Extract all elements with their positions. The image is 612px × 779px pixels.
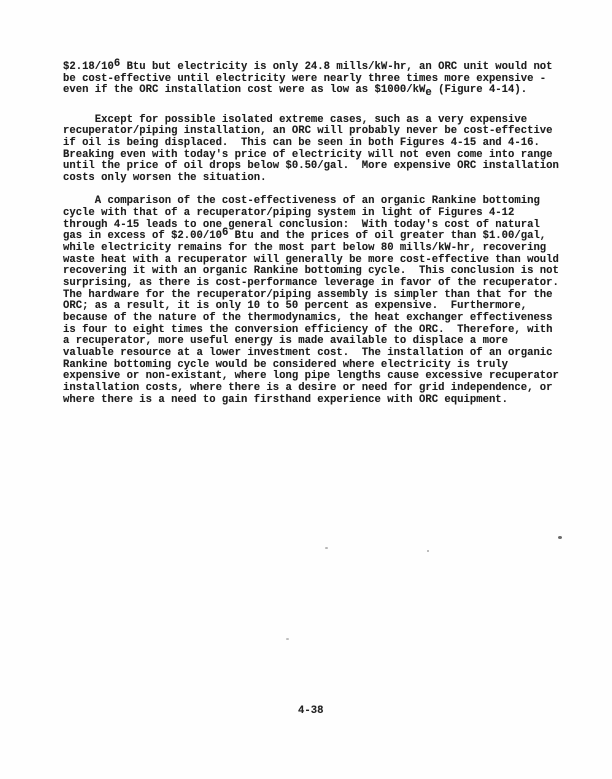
page-number: 4-38 bbox=[298, 706, 323, 718]
text-line: if oil is being displaced. This can be s… bbox=[63, 138, 565, 150]
body-text: $2.18/106 Btu but electricity is only 24… bbox=[63, 62, 565, 407]
text-line: costs only worsen the situation. bbox=[63, 173, 565, 185]
scan-speck bbox=[427, 550, 429, 552]
text-line: cycle with that of a recuperator/piping … bbox=[63, 208, 565, 220]
text-line: even if the ORC installation cost were a… bbox=[63, 85, 565, 97]
text-line: while electricity remains for the most p… bbox=[63, 243, 565, 255]
paragraph-3: A comparison of the cost-effectiveness o… bbox=[63, 196, 565, 406]
paragraph-1: $2.18/106 Btu but electricity is only 24… bbox=[63, 62, 565, 97]
scan-speck bbox=[286, 638, 289, 640]
text-line: surprising, as there is cost-performance… bbox=[63, 278, 565, 290]
text-line: because of the nature of the thermodynam… bbox=[63, 313, 565, 325]
scan-speck bbox=[558, 536, 562, 539]
scanned-document-page: $2.18/106 Btu but electricity is only 24… bbox=[0, 0, 612, 779]
text-line: $2.18/106 Btu but electricity is only 24… bbox=[63, 62, 565, 74]
text-line: where there is a need to gain firsthand … bbox=[63, 395, 565, 407]
paragraph-2: Except for possible isolated extreme cas… bbox=[63, 115, 565, 185]
scan-speck bbox=[325, 547, 328, 549]
